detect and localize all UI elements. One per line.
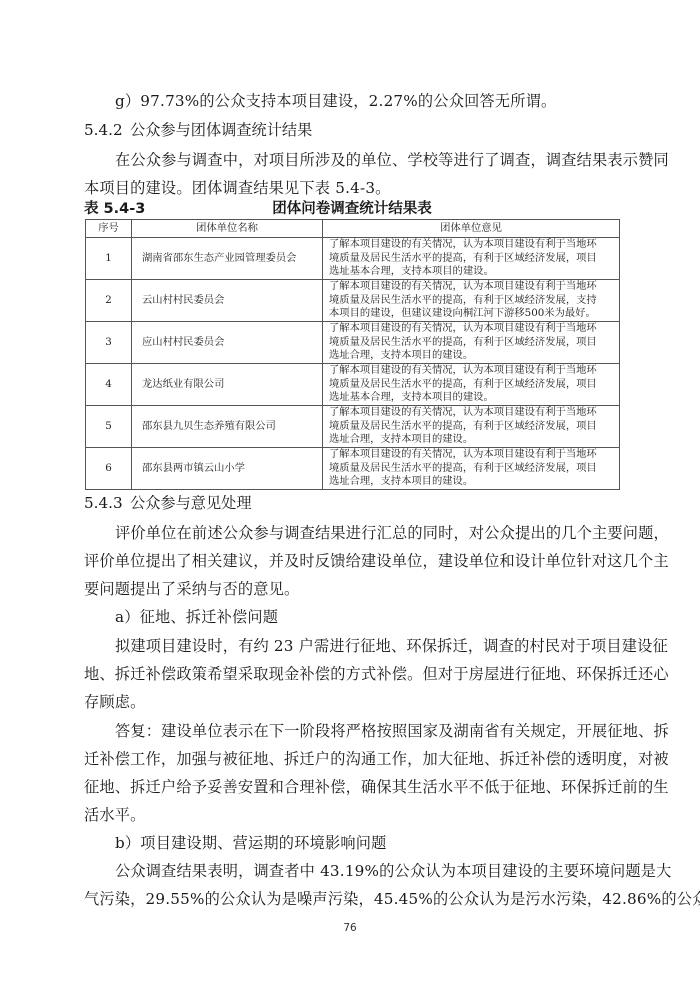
- section-title: 公众参与意见处理: [130, 494, 252, 512]
- row-unit-name: 龙达纸业有限公司: [132, 364, 323, 406]
- table-row: 3 应山村村民委员会 了解本项目建设的有关情况，认为本项目建设有利于当地环 境质…: [86, 322, 620, 364]
- paragraph-line: 要问题提出了采纳与否的意见。: [84, 579, 620, 599]
- row-opinion: 了解本项目建设的有关情况，认为本项目建设有利于当地环 境质量及居民生活水平的提高…: [323, 406, 620, 448]
- paragraph-line: 在公众参与调查中，对项目所涉及的单位、学校等进行了调查，调查结果表示赞同: [84, 150, 651, 170]
- row-index: 1: [86, 238, 132, 280]
- table-row: 6 邵东县两市镇云山小学 了解本项目建设的有关情况，认为本项目建设有利于当地环 …: [86, 448, 620, 490]
- header-name: 团体单位名称: [132, 220, 323, 238]
- row-index: 4: [86, 364, 132, 406]
- section-heading-543: 5.4.3公众参与意见处理: [84, 493, 252, 513]
- row-index: 5: [86, 406, 132, 448]
- row-unit-name: 邵东县两市镇云山小学: [132, 448, 323, 490]
- paragraph-line: 评价单位提出了相关建议，并及时反馈给建设单位，建设单位和设计单位针对这几个主: [84, 551, 620, 571]
- page-number: 76: [0, 922, 700, 934]
- table-row: 4 龙达纸业有限公司 了解本项目建设的有关情况，认为本项目建设有利于当地环 境质…: [86, 364, 620, 406]
- row-unit-name: 应山村村民委员会: [132, 322, 323, 364]
- paragraph-line: 拟建项目建设时，有约 23 户需进行征地、环保拆迁，调查的村民对于项目建设征: [84, 636, 651, 656]
- row-opinion: 了解本项目建设的有关情况，认为本项目建设有利于当地环 境质量及居民生活水平的提高…: [323, 364, 620, 406]
- table-header-row: 序号 团体单位名称 团体单位意见: [86, 220, 620, 238]
- reply-line: 迁补偿工作，加强与被征地、拆迁户的沟通工作，加大征地、拆迁补偿的透明度，对被: [84, 749, 620, 769]
- document-page: g）97.73%的公众支持本项目建设，2.27%的公众回答无所谓。 5.4.2公…: [0, 0, 700, 989]
- group-survey-table: 序号 团体单位名称 团体单位意见 1 湖南省邵东生态产业园管理委员会 了解本项目…: [85, 219, 620, 490]
- paragraph-line: 气污染，29.55%的公众认为是噪声污染，45.45%的公众认为是污水污染，42…: [84, 889, 620, 909]
- table-row: 2 云山村村民委员会 了解本项目建设的有关情况，认为本项目建设有利于当地环 境质…: [86, 280, 620, 322]
- row-opinion: 了解本项目建设的有关情况，认为本项目建设有利于当地环 境质量及居民生活水平的提高…: [323, 322, 620, 364]
- item-g-paragraph: g）97.73%的公众支持本项目建设，2.27%的公众回答无所谓。: [84, 91, 651, 111]
- paragraph-line: 评价单位在前述公众参与调查结果进行汇总的同时，对公众提出的几个主要问题，: [84, 523, 651, 543]
- header-opinion: 团体单位意见: [323, 220, 620, 238]
- row-opinion: 了解本项目建设的有关情况，认为本项目建设有利于当地环 境质量及居民生活水平的提高…: [323, 280, 620, 322]
- item-a-title: a）征地、拆迁补偿问题: [84, 607, 651, 627]
- table-row: 5 邵东县九贝生态养殖有限公司 了解本项目建设的有关情况，认为本项目建设有利于当…: [86, 406, 620, 448]
- reply-line: 征地、拆迁户给予妥善安置和合理补偿，确保其生活水平不低于征地、环保拆迁前的生: [84, 777, 620, 797]
- paragraph-line: 公众调查结果表明，调查者中 43.19%的公众认为本项目建设的主要环境问题是大: [84, 861, 651, 881]
- section-heading-542: 5.4.2公众参与团体调查统计结果: [84, 120, 312, 140]
- row-opinion: 了解本项目建设的有关情况，认为本项目建设有利于当地环 境质量及居民生活水平的提高…: [323, 238, 620, 280]
- table-caption: 表 5.4-3 团体问卷调查统计结果表: [84, 199, 620, 219]
- section-number: 5.4.2: [84, 120, 130, 140]
- reply-line: 答复：建设单位表示在下一阶段将严格按照国家及湖南省有关规定，开展征地、拆: [84, 721, 651, 741]
- paragraph-line: 存顾虑。: [84, 692, 620, 712]
- section-title: 公众参与团体调查统计结果: [130, 121, 312, 139]
- row-unit-name: 湖南省邵东生态产业园管理委员会: [132, 238, 323, 280]
- item-b-title: b）项目建设期、营运期的环境影响问题: [84, 833, 651, 853]
- section-number: 5.4.3: [84, 493, 130, 513]
- paragraph-line: 地、拆迁补偿政策希望采取现金补偿的方式补偿。但对于房屋进行征地、环保拆迁还心: [84, 664, 620, 684]
- reply-line: 活水平。: [84, 805, 620, 825]
- header-index: 序号: [86, 220, 132, 238]
- row-index: 6: [86, 448, 132, 490]
- row-unit-name: 邵东县九贝生态养殖有限公司: [132, 406, 323, 448]
- table-row: 1 湖南省邵东生态产业园管理委员会 了解本项目建设的有关情况，认为本项目建设有利…: [86, 238, 620, 280]
- row-opinion: 了解本项目建设的有关情况，认为本项目建设有利于当地环 境质量及居民生活水平的提高…: [323, 448, 620, 490]
- table-caption-title: 团体问卷调查统计结果表: [84, 199, 620, 219]
- paragraph-line: 本项目的建设。团体调查结果见下表 5.4-3。: [84, 178, 620, 198]
- row-unit-name: 云山村村民委员会: [132, 280, 323, 322]
- row-index: 3: [86, 322, 132, 364]
- row-index: 2: [86, 280, 132, 322]
